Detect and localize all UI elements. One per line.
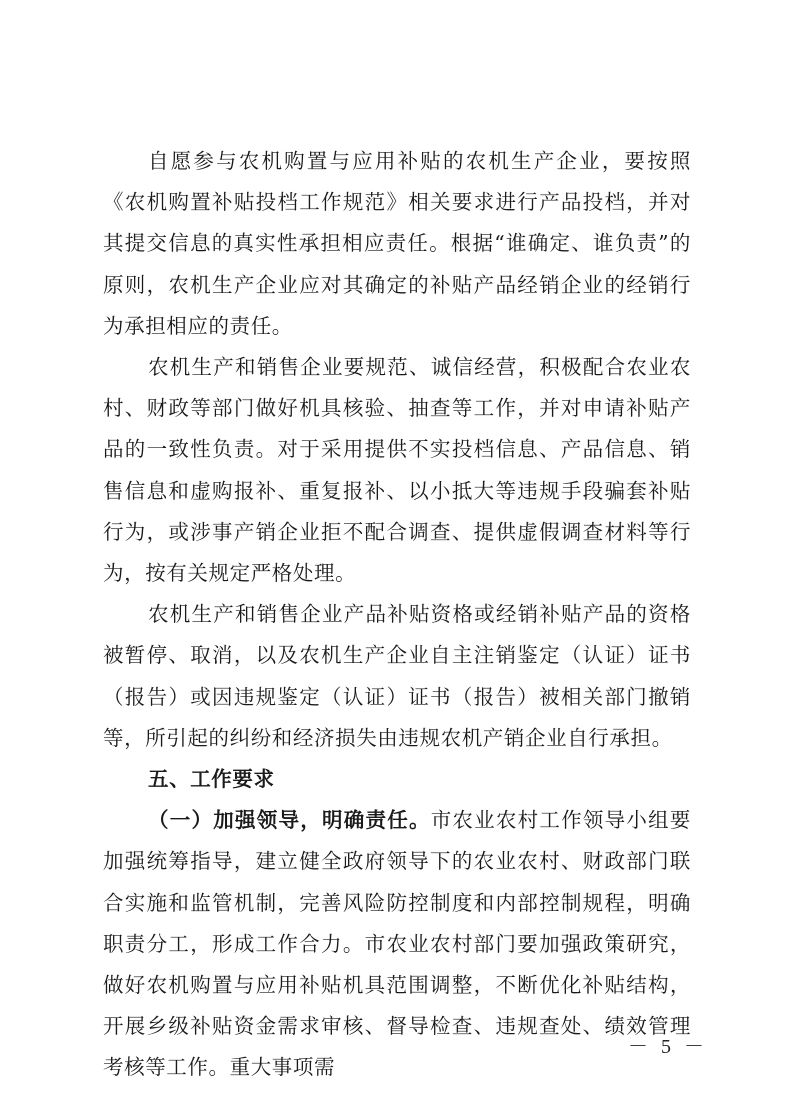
section-heading-work-requirements: 五、工作要求 [103, 759, 691, 800]
page-number: － 5 － [628, 1030, 708, 1059]
subsection-lead: （一）加强领导，明确责任。 [148, 808, 431, 832]
paragraph-leadership: （一）加强领导，明确责任。市农业农村工作领导小组要加强统筹指导，建立健全政府领导… [103, 800, 691, 1088]
document-page: 自愿参与农机购置与应用补贴的农机生产企业，要按照《农机购置补贴投档工作规范》相关… [0, 0, 790, 1118]
paragraph-compliance-conduct: 农机生产和销售企业要规范、诚信经营，积极配合农业农村、财政等部门做好机具核验、抽… [103, 347, 691, 594]
document-body: 自愿参与农机购置与应用补贴的农机生产企业，要按照《农机购置补贴投档工作规范》相关… [103, 141, 691, 1089]
paragraph-manufacturer-responsibility: 自愿参与农机购置与应用补贴的农机生产企业，要按照《农机购置补贴投档工作规范》相关… [103, 141, 691, 347]
paragraph-qualification-revocation: 农机生产和销售企业产品补贴资格或经销补贴产品的资格被暂停、取消，以及农机生产企业… [103, 594, 691, 759]
subsection-text: 市农业农村工作领导小组要加强统筹指导，建立健全政府领导下的农业农村、财政部门联合… [103, 808, 691, 1079]
